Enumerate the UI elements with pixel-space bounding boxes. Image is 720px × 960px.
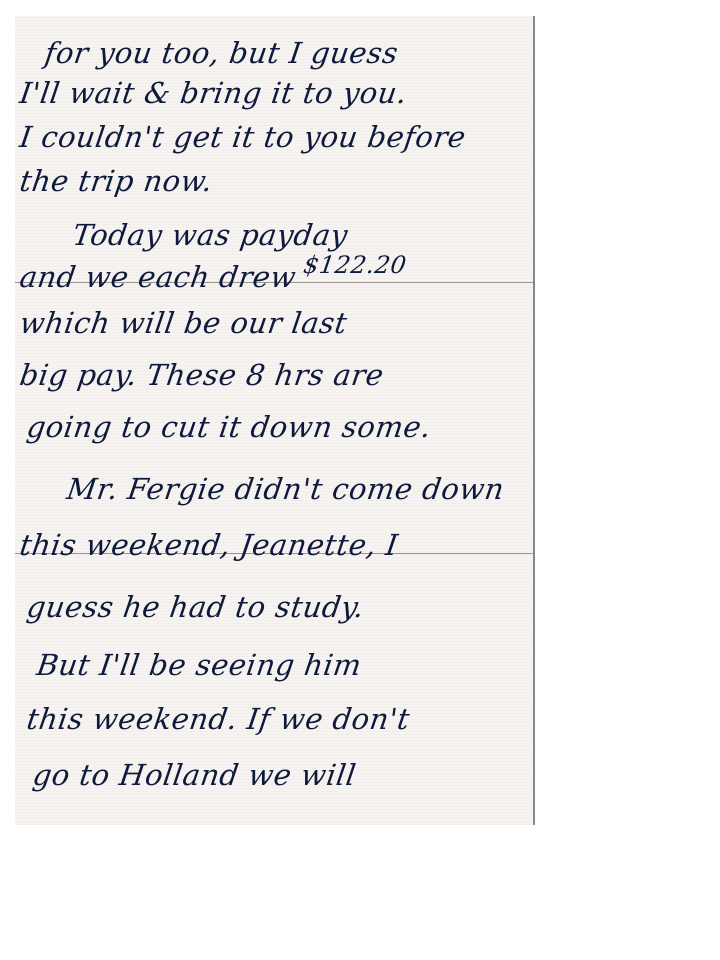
letter-page: for you too, but I guess I'll wait & bri… [15,16,535,825]
handwritten-line: Mr. Fergie didn't come down [65,472,507,506]
handwritten-line: go to Holland we will [31,758,359,792]
handwritten-line: I'll wait & bring it to you. [18,76,410,110]
pay-amount: $122.20 [302,251,409,279]
handwritten-line: and we each drew$122.20 [18,260,407,294]
handwritten-line: guess he had to study. [25,590,367,624]
handwritten-line: But I'll be seeing him [35,648,364,682]
handwritten-line: going to cut it down some. [25,410,434,444]
handwritten-line: I couldn't get it to you before [18,120,468,154]
handwritten-line: Today was payday [71,218,350,252]
handwritten-line: big pay. These 8 hrs are [18,358,386,392]
handwritten-line: for you too, but I guess [43,36,401,70]
handwritten-line: this weekend. If we don't [25,702,412,736]
handwritten-line: which will be our last [18,306,350,340]
handwritten-text: and we each drew [18,260,299,294]
handwritten-line: the trip now. [18,164,215,198]
handwritten-line: this weekend, Jeanette, I [18,528,401,562]
